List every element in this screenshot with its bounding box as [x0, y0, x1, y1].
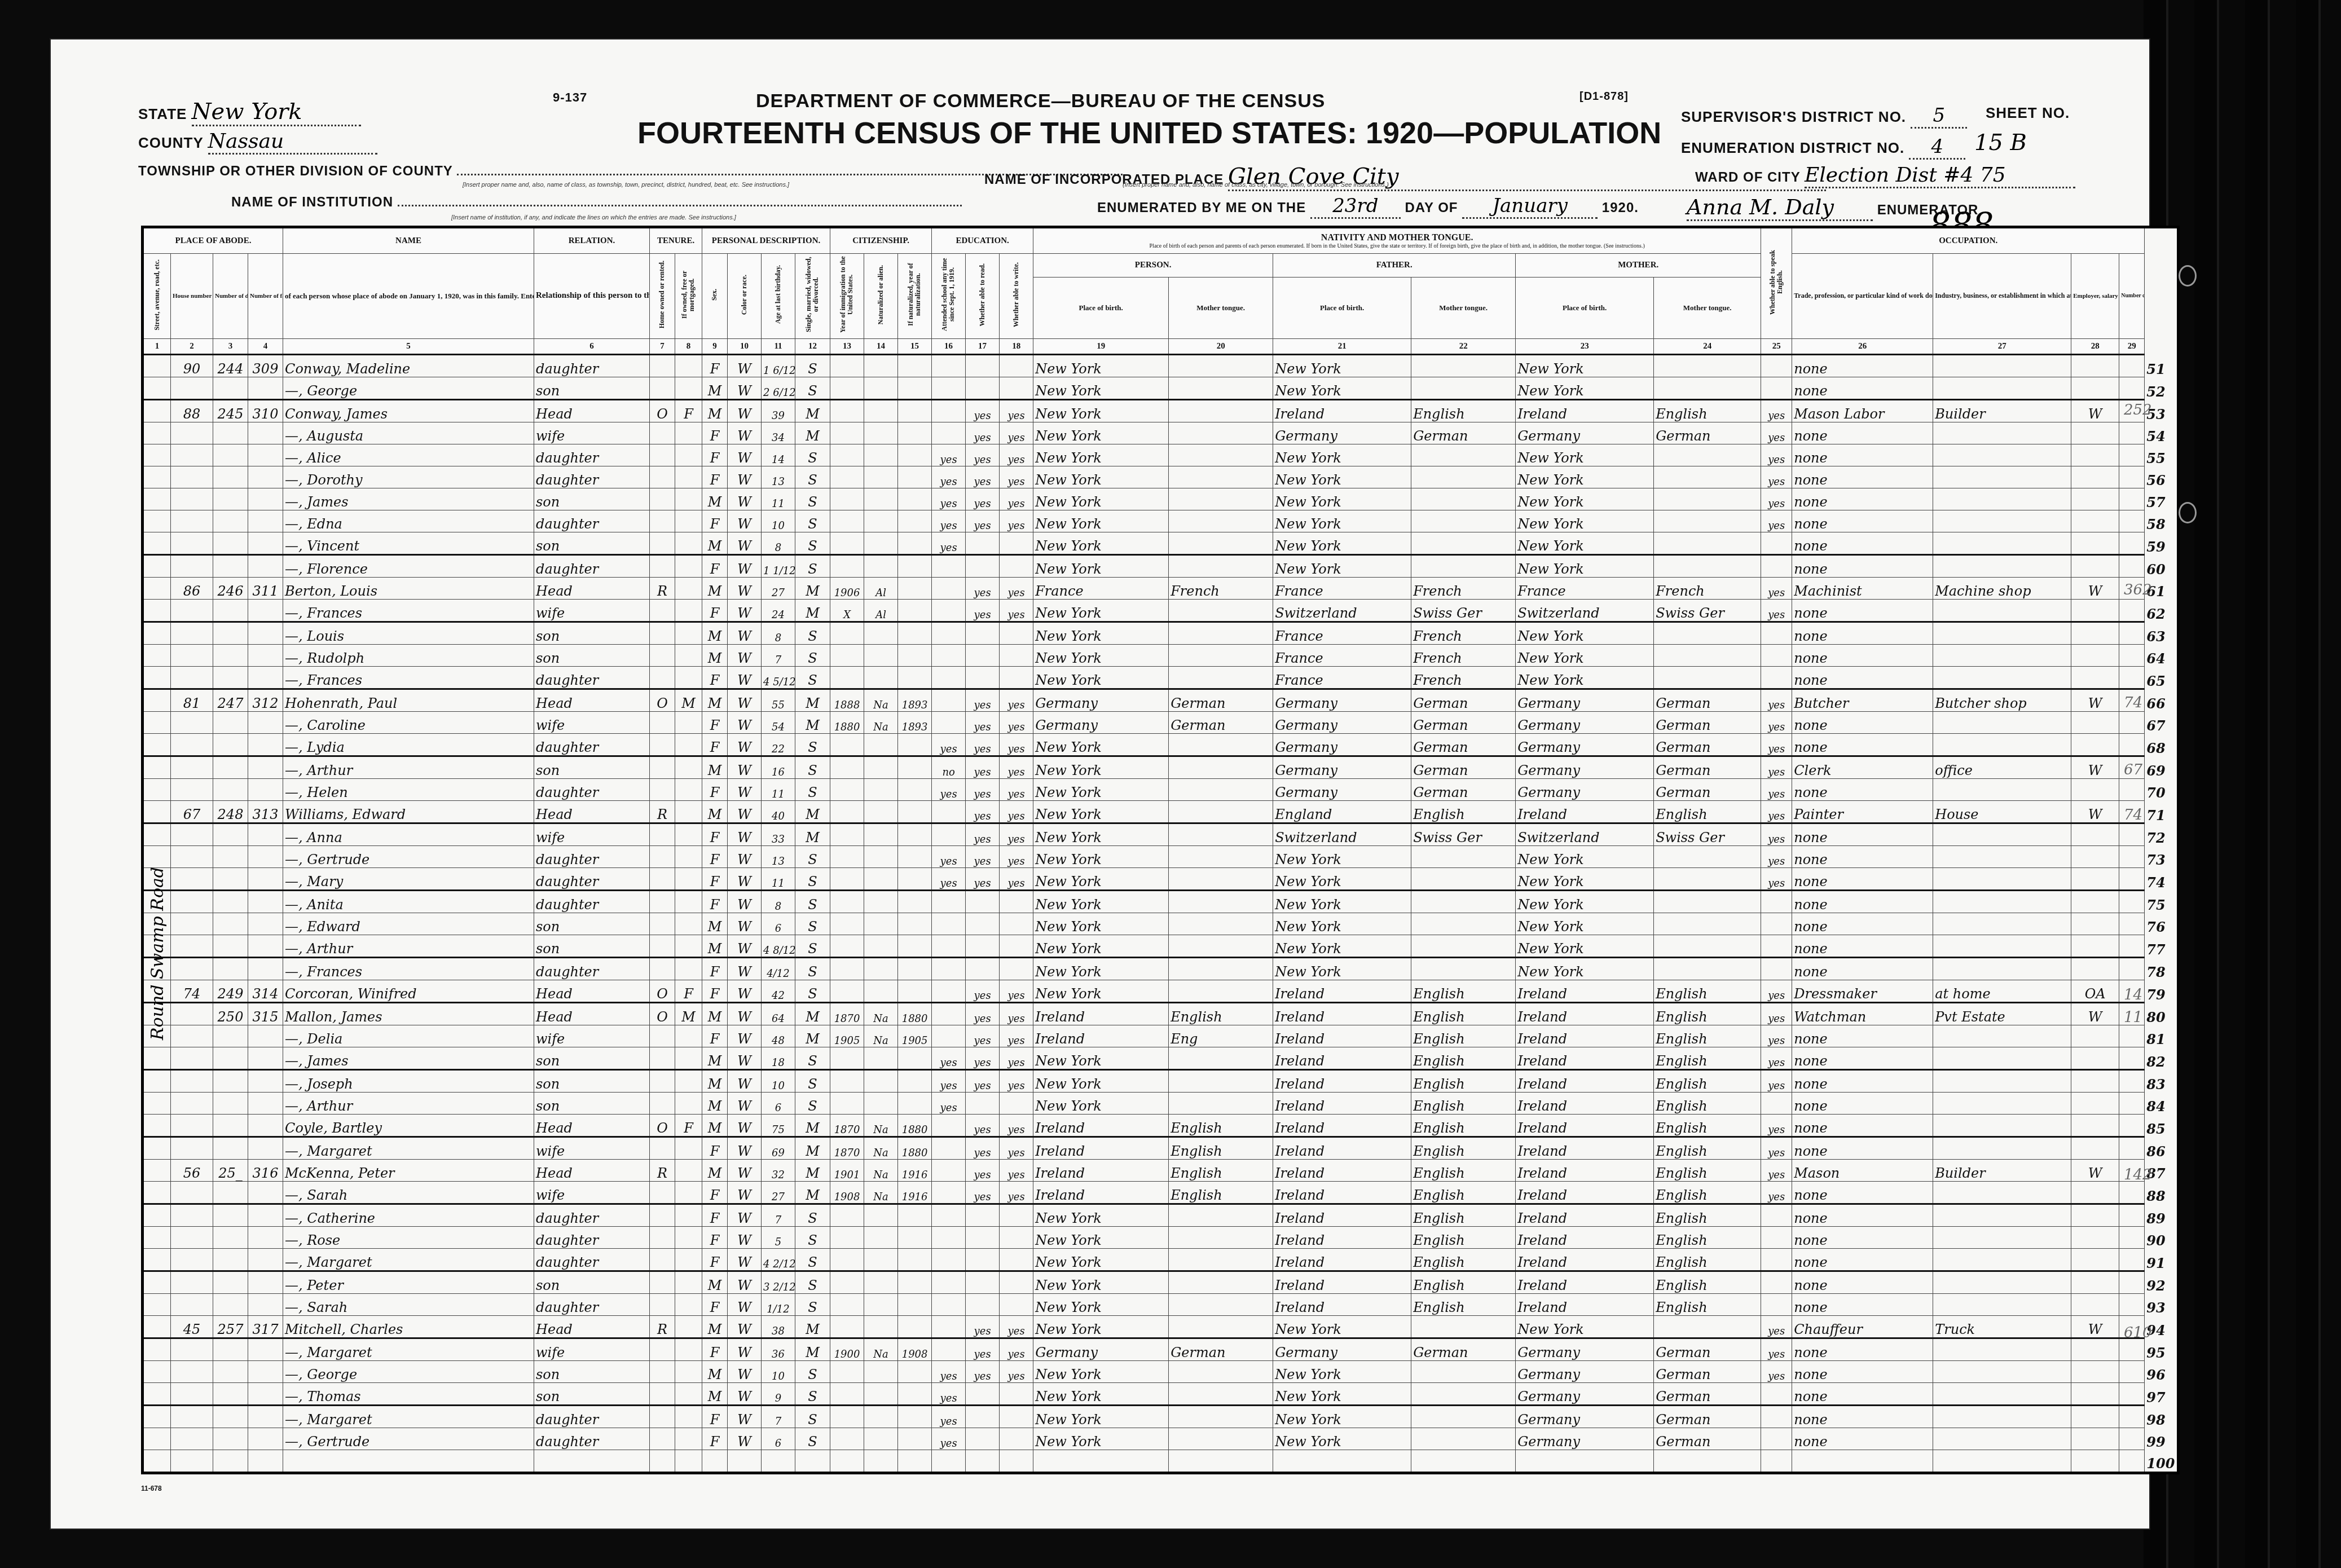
cell-school: yes: [932, 1093, 966, 1115]
column-number: 4: [248, 339, 283, 355]
cell-nat: [864, 734, 898, 756]
cell-nat: [864, 913, 898, 935]
cell-write: yes: [1000, 980, 1033, 1003]
cell-family: [248, 422, 283, 444]
cell-school: [932, 422, 966, 444]
cell-school: yes: [932, 846, 966, 868]
cell-english: yes: [1761, 1003, 1792, 1025]
cell-nat: [864, 444, 898, 466]
cell-age: 54: [762, 712, 795, 734]
cell-house: [171, 645, 213, 667]
cell-school: [932, 400, 966, 422]
cell-read: yes: [966, 1003, 1000, 1025]
table-row: —, LouissonMW8SNew YorkFranceFrenchNew Y…: [143, 622, 2179, 645]
cell-pob: New York: [1033, 532, 1169, 555]
cell-sex: F: [702, 1182, 728, 1204]
cell-owned: [650, 1271, 675, 1294]
cell-f-pob: Ireland: [1273, 1025, 1411, 1047]
cell-immig: [830, 1383, 864, 1406]
cell-emp: [2071, 1406, 2119, 1428]
cell-name: —, Rose: [283, 1227, 534, 1249]
cell-family: [248, 645, 283, 667]
cell-industry: Truck: [1933, 1316, 2071, 1338]
cell-house: [171, 1383, 213, 1406]
cell-m-tongue: Swiss Ger: [1654, 823, 1761, 846]
cell-race: W: [728, 422, 762, 444]
cell-m-pob: Germany: [1516, 712, 1654, 734]
cell-read: yes: [966, 466, 1000, 488]
cell-house: [171, 510, 213, 532]
cell-f-tongue: English: [1411, 1294, 1516, 1316]
line-number: 70: [2145, 779, 2179, 801]
cell-m-tongue: English: [1654, 980, 1761, 1003]
col-12-header: Single, married, widowed, or divorced.: [795, 254, 830, 339]
cell-marital: M: [795, 689, 830, 712]
table-row: 100: [143, 1450, 2179, 1473]
cell-read: yes: [966, 1160, 1000, 1182]
cell-mortgage: [675, 578, 702, 600]
cell-english: yes: [1761, 400, 1792, 422]
column-number: 6: [534, 339, 650, 355]
cell-industry: [1933, 891, 2071, 913]
cell-emp: [2071, 488, 2119, 510]
cell-dwelling: [213, 600, 248, 622]
cell-sex: F: [702, 510, 728, 532]
cell-pob: New York: [1033, 779, 1169, 801]
cell-emp: [2071, 1338, 2119, 1361]
col-11-header: Age at last birthday.: [762, 254, 795, 339]
cell-farm: [2119, 1428, 2145, 1450]
cell-dwelling: 244: [213, 355, 248, 377]
cell-dwelling: [213, 1271, 248, 1294]
column-number: 12: [795, 339, 830, 355]
cell-mortgage: [675, 1316, 702, 1338]
cell-english: yes: [1761, 1115, 1792, 1137]
cell-english: [1761, 891, 1792, 913]
cell-m-pob: New York: [1516, 645, 1654, 667]
cell-natyr: [898, 913, 932, 935]
line-number: 96: [2145, 1361, 2179, 1383]
cell-race: W: [728, 400, 762, 422]
cell-marital: S: [795, 846, 830, 868]
cell-industry: [1933, 712, 2071, 734]
group-person: PERSON.: [1033, 254, 1273, 278]
cell-pob: New York: [1033, 801, 1169, 823]
cell-dwelling: 250: [213, 1003, 248, 1025]
cell-sex: M: [702, 377, 728, 400]
cell-read: yes: [966, 1137, 1000, 1160]
cell-english: [1761, 1294, 1792, 1316]
cell-nat: [864, 801, 898, 823]
cell-tongue: English: [1169, 1182, 1273, 1204]
cell-immig: 1880: [830, 712, 864, 734]
cell-natyr: 1893: [898, 712, 932, 734]
cell-tongue: French: [1169, 578, 1273, 600]
cell-owned: [650, 734, 675, 756]
cell-emp: [2071, 1137, 2119, 1160]
cell-farm: [2119, 1115, 2145, 1137]
cell-house: [171, 1003, 213, 1025]
table-row: —, MargaretdaughterFW7SyesNew YorkNew Yo…: [143, 1406, 2179, 1428]
cell-english: yes: [1761, 510, 1792, 532]
cell-street: [143, 600, 171, 622]
cell-m-pob: Ireland: [1516, 980, 1654, 1003]
cell-tongue: [1169, 756, 1273, 779]
cell-trade: none: [1792, 712, 1933, 734]
cell-age: 6: [762, 1093, 795, 1115]
cell-mortgage: F: [675, 400, 702, 422]
cell-m-pob: Ireland: [1516, 1137, 1654, 1160]
cell-tongue: [1169, 1383, 1273, 1406]
cell-family: [248, 667, 283, 689]
cell-trade: none: [1792, 600, 1933, 622]
cell-natyr: [898, 1294, 932, 1316]
cell-f-tongue: [1411, 1383, 1516, 1406]
col-27-header: Industry, business, or establishment in …: [1933, 254, 2071, 339]
cell-trade: none: [1792, 1070, 1933, 1093]
cell-nat: [864, 555, 898, 578]
cell-school: [932, 935, 966, 958]
cell-f-tongue: [1411, 1361, 1516, 1383]
cell-marital: S: [795, 980, 830, 1003]
cell-relation: daughter: [534, 355, 650, 377]
cell-natyr: [898, 868, 932, 891]
cell-school: [932, 578, 966, 600]
cell-owned: [650, 756, 675, 779]
cell-family: [248, 1361, 283, 1383]
cell-m-pob: New York: [1516, 355, 1654, 377]
cell-english: [1761, 1227, 1792, 1249]
cell-sex: M: [702, 1070, 728, 1093]
cell-owned: [650, 1361, 675, 1383]
cell-english: yes: [1761, 1137, 1792, 1160]
cell-street: [143, 1406, 171, 1428]
cell-f-tongue: German: [1411, 734, 1516, 756]
cell-read: [966, 913, 1000, 935]
cell-name: —, Augusta: [283, 422, 534, 444]
cell-relation: daughter: [534, 779, 650, 801]
cell-tongue: [1169, 1361, 1273, 1383]
cell-tongue: [1169, 355, 1273, 377]
cell-f-tongue: English: [1411, 1115, 1516, 1137]
cell-family: [248, 734, 283, 756]
cell-trade: none: [1792, 935, 1933, 958]
cell-school: [932, 958, 966, 980]
column-number: 10: [728, 339, 762, 355]
margin-annotation: 610: [2124, 1324, 2152, 1341]
cell-marital: M: [795, 1338, 830, 1361]
cell-sex: F: [702, 712, 728, 734]
cell-f-pob: Ireland: [1273, 1227, 1411, 1249]
line-number: 72: [2145, 823, 2179, 846]
cell-pob: New York: [1033, 444, 1169, 466]
cell-mortgage: [675, 801, 702, 823]
cell-nat: [864, 1271, 898, 1294]
margin-annotation: 252: [2124, 402, 2152, 419]
cell-f-pob: Ireland: [1273, 1271, 1411, 1294]
cell-trade: none: [1792, 1428, 1933, 1450]
cell-english: yes: [1761, 1025, 1792, 1047]
line-number: 78: [2145, 958, 2179, 980]
cell-relation: son: [534, 645, 650, 667]
cell-family: [248, 712, 283, 734]
cell-tongue: Eng: [1169, 1025, 1273, 1047]
cell-nat: [864, 510, 898, 532]
cell-family: [248, 1182, 283, 1204]
cell-nat: [864, 532, 898, 555]
cell-owned: [650, 555, 675, 578]
cell-natyr: [898, 1361, 932, 1383]
cell-school: [932, 1115, 966, 1137]
col-28-header: Employer, salary or wage worker, or work…: [2071, 254, 2119, 339]
cell-age: 33: [762, 823, 795, 846]
cell-industry: [1933, 1227, 2071, 1249]
cell-trade: none: [1792, 1406, 1933, 1428]
cell-f-tongue: English: [1411, 400, 1516, 422]
cell-f-tongue: English: [1411, 1025, 1516, 1047]
cell-f-pob: New York: [1273, 377, 1411, 400]
cell-industry: Machine shop: [1933, 578, 2071, 600]
cell-english: yes: [1761, 756, 1792, 779]
cell-industry: Builder: [1933, 1160, 2071, 1182]
cell-f-pob: Ireland: [1273, 1093, 1411, 1115]
cell-immig: [830, 935, 864, 958]
cell-read: yes: [966, 779, 1000, 801]
cell-write: yes: [1000, 1160, 1033, 1182]
cell-natyr: [898, 1204, 932, 1227]
line-number: 64: [2145, 645, 2179, 667]
column-number: 23: [1516, 339, 1654, 355]
table-row: —, RudolphsonMW7SNew YorkFranceFrenchNew…: [143, 645, 2179, 667]
cell-marital: M: [795, 1137, 830, 1160]
cell-sex: M: [702, 578, 728, 600]
cell-write: [1000, 958, 1033, 980]
cell-nat: [864, 958, 898, 980]
cell-farm: [2119, 891, 2145, 913]
margin-annotation: 67: [2124, 761, 2142, 778]
census-title: FOURTEENTH CENSUS OF THE UNITED STATES: …: [637, 116, 1661, 151]
cell-trade: none: [1792, 667, 1933, 689]
cell-immig: [830, 622, 864, 645]
cell-school: yes: [932, 734, 966, 756]
cell-english: yes: [1761, 712, 1792, 734]
cell-trade: none: [1792, 1115, 1933, 1137]
cell-m-pob: Ireland: [1516, 1182, 1654, 1204]
cell-relation: wife: [534, 712, 650, 734]
column-number: 22: [1411, 339, 1516, 355]
cell-pob: Ireland: [1033, 1115, 1169, 1137]
group-tenure: TENURE.: [650, 227, 702, 254]
cell-immig: [830, 1047, 864, 1070]
cell-family: [248, 913, 283, 935]
cell-name: —, Anna: [283, 823, 534, 846]
cell-school: [932, 823, 966, 846]
cell-english: yes: [1761, 823, 1792, 846]
cell-m-pob: Germany: [1516, 756, 1654, 779]
cell-read: [966, 555, 1000, 578]
cell-race: W: [728, 510, 762, 532]
col-29-header: Number of farm schedule.: [2119, 254, 2145, 339]
cell-family: 313: [248, 801, 283, 823]
cell-age: 55: [762, 689, 795, 712]
cell-tongue: [1169, 891, 1273, 913]
line-number: 59: [2145, 532, 2179, 555]
cell-house: [171, 1025, 213, 1047]
cell-marital: S: [795, 355, 830, 377]
cell-write: yes: [1000, 1137, 1033, 1160]
cell-read: yes: [966, 400, 1000, 422]
cell-name: —, Peter: [283, 1271, 534, 1294]
cell-owned: [650, 466, 675, 488]
cell-pob: New York: [1033, 1406, 1169, 1428]
cell-m-tongue: German: [1654, 779, 1761, 801]
cell-f-pob: Ireland: [1273, 1294, 1411, 1316]
enumerator-name: Anna M. Daly: [1687, 195, 1873, 221]
cell-natyr: [898, 734, 932, 756]
day-of-label: day of: [1405, 200, 1458, 215]
cell-dwelling: [213, 1249, 248, 1271]
cell-house: [171, 1450, 213, 1473]
cell-age: 10: [762, 1070, 795, 1093]
cell-f-pob: Germany: [1273, 756, 1411, 779]
cell-english: yes: [1761, 1047, 1792, 1070]
cell-pob: New York: [1033, 622, 1169, 645]
line-number: 91: [2145, 1249, 2179, 1271]
cell-trade: Chauffeur: [1792, 1316, 1933, 1338]
cell-sex: M: [702, 689, 728, 712]
cell-nat: [864, 1316, 898, 1338]
cell-read: yes: [966, 1361, 1000, 1383]
cell-f-tongue: [1411, 466, 1516, 488]
cell-trade: none: [1792, 779, 1933, 801]
line-number: 51: [2145, 355, 2179, 377]
cell-trade: none: [1792, 355, 1933, 377]
cell-relation: daughter: [534, 1204, 650, 1227]
cell-english: yes: [1761, 1160, 1792, 1182]
cell-write: [1000, 532, 1033, 555]
cell-owned: [650, 935, 675, 958]
cell-name: —, Louis: [283, 622, 534, 645]
cell-f-pob: Germany: [1273, 1338, 1411, 1361]
cell-pob: Germany: [1033, 689, 1169, 712]
cell-sex: M: [702, 1271, 728, 1294]
column-number: 5: [283, 339, 534, 355]
cell-trade: none: [1792, 1182, 1933, 1204]
cell-f-tongue: English: [1411, 1003, 1516, 1025]
cell-dwelling: [213, 734, 248, 756]
cell-age: 7: [762, 1406, 795, 1428]
cell-relation: daughter: [534, 734, 650, 756]
cell-trade: none: [1792, 466, 1933, 488]
cell-m-tongue: German: [1654, 1383, 1761, 1406]
column-number: 1: [143, 339, 171, 355]
cell-race: W: [728, 734, 762, 756]
cell-race: W: [728, 1204, 762, 1227]
cell-owned: [650, 712, 675, 734]
cell-read: [966, 1450, 1000, 1473]
col-4-header: Number of family in order of visitation.: [248, 254, 283, 339]
line-number: 56: [2145, 466, 2179, 488]
cell-natyr: [898, 779, 932, 801]
cell-immig: [830, 958, 864, 980]
cell-age: 22: [762, 734, 795, 756]
cell-dwelling: [213, 958, 248, 980]
cell-write: [1000, 1383, 1033, 1406]
cell-sex: M: [702, 1316, 728, 1338]
cell-emp: [2071, 1047, 2119, 1070]
cell-mortgage: [675, 622, 702, 645]
line-number: 86: [2145, 1137, 2179, 1160]
cell-mortgage: [675, 377, 702, 400]
cell-tongue: German: [1169, 689, 1273, 712]
cell-industry: [1933, 958, 2071, 980]
cell-pob: New York: [1033, 555, 1169, 578]
cell-farm: [2119, 1249, 2145, 1271]
cell-m-tongue: English: [1654, 1025, 1761, 1047]
cell-farm: [2119, 1271, 2145, 1294]
cell-write: [1000, 1450, 1033, 1473]
cell-f-pob: Ireland: [1273, 1137, 1411, 1160]
cell-immig: 1906: [830, 578, 864, 600]
cell-marital: M: [795, 1025, 830, 1047]
cell-owned: [650, 1428, 675, 1450]
table-row: —, ArthursonMW4 8/12SNew YorkNew YorkNew…: [143, 935, 2179, 958]
cell-school: [932, 1271, 966, 1294]
cell-nat: [864, 1294, 898, 1316]
cell-tongue: [1169, 913, 1273, 935]
cell-write: yes: [1000, 1316, 1033, 1338]
cell-sex: F: [702, 1428, 728, 1450]
cell-f-pob: Switzerland: [1273, 823, 1411, 846]
cell-immig: [830, 980, 864, 1003]
cell-m-tongue: English: [1654, 1070, 1761, 1093]
cell-english: [1761, 1093, 1792, 1115]
state-value: New York: [192, 99, 361, 126]
enumeration-date-field: Enumerated by me on the 23rd day of Janu…: [1097, 195, 1639, 219]
cell-house: [171, 913, 213, 935]
cell-read: [966, 891, 1000, 913]
cell-f-tongue: [1411, 510, 1516, 532]
cell-write: [1000, 667, 1033, 689]
cell-owned: [650, 958, 675, 980]
cell-m-pob: [1516, 1450, 1654, 1473]
cell-mortgage: [675, 734, 702, 756]
cell-nat: Na: [864, 1115, 898, 1137]
line-number-header: [2145, 227, 2179, 355]
cell-school: [932, 1204, 966, 1227]
cell-natyr: [898, 600, 932, 622]
cell-sex: F: [702, 980, 728, 1003]
cell-school: no: [932, 756, 966, 779]
cell-write: yes: [1000, 466, 1033, 488]
cell-family: [248, 1294, 283, 1316]
cell-pob: New York: [1033, 958, 1169, 980]
line-number: 99: [2145, 1428, 2179, 1450]
cell-house: 86: [171, 578, 213, 600]
cell-dwelling: [213, 1204, 248, 1227]
cell-trade: none: [1792, 1361, 1933, 1383]
cell-street: [143, 1294, 171, 1316]
cell-tongue: German: [1169, 712, 1273, 734]
line-number: 54: [2145, 422, 2179, 444]
cell-race: W: [728, 1316, 762, 1338]
cell-english: [1761, 555, 1792, 578]
cell-immig: 1901: [830, 1160, 864, 1182]
cell-age: 4/12: [762, 958, 795, 980]
cell-age: 8: [762, 622, 795, 645]
cell-street: [143, 444, 171, 466]
cell-street: [143, 578, 171, 600]
